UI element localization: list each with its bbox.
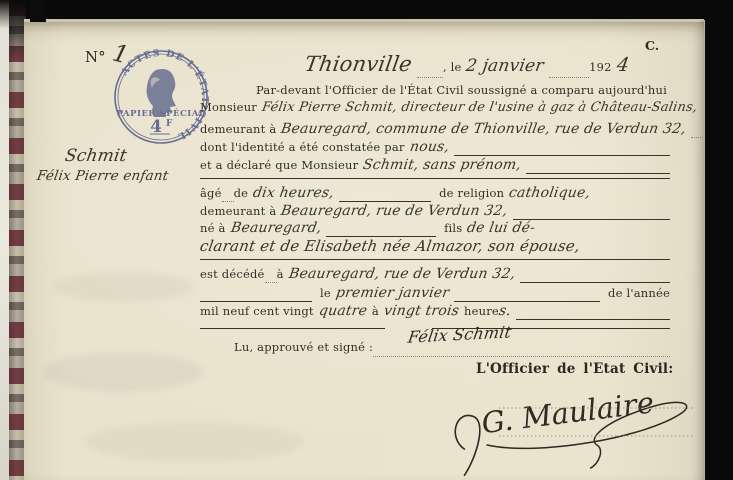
officer-signature-flourish xyxy=(453,414,485,476)
dotted-leader xyxy=(373,345,670,357)
bleedthrough-smudge xyxy=(44,352,204,392)
form-line-lu: Lu, approuvé et signé : xyxy=(234,340,670,357)
a2-label: à xyxy=(372,304,379,318)
form-line-residence2: demeurant à Beauregard, rue de Verdun 32… xyxy=(200,203,670,220)
stamp-denomination-sup: F xyxy=(166,119,173,129)
monsieur-label: Monsieur xyxy=(200,100,257,114)
section-rule-left xyxy=(200,328,385,329)
officer-signature: G. Maulaire xyxy=(444,374,709,479)
revenue-stamp: ACTES DE L'ÉTAT CIVIL PAPIER SPÉCIAL 4 F xyxy=(112,48,210,146)
ne-label: né à xyxy=(200,221,226,235)
form-line-death-year: mil neuf cent vingt quatre à vingt trois… xyxy=(200,303,670,320)
mil-label: mil neuf cent vingt xyxy=(200,304,314,318)
demeurant2-label: demeurant à xyxy=(200,204,276,218)
blank-rule xyxy=(339,190,431,202)
header-date-line: Thionville , le 2 janvier 192 4 xyxy=(200,52,664,78)
blank-rule xyxy=(200,290,312,302)
act-number-label: N° xyxy=(85,48,106,66)
deces-label: est décédé xyxy=(200,267,265,281)
residence-handwritten: Beauregard, commune de Thionville, rue d… xyxy=(280,121,687,137)
corner-mark: C. xyxy=(645,38,659,53)
page: C. N° 1 ACTES DE L'ÉTAT CIVIL PAPIER SPÉ… xyxy=(24,22,704,480)
blank-rule xyxy=(513,208,670,220)
de-label: de xyxy=(234,186,249,200)
form-line-declarant: Monsieur Félix Pierre Schmit, directeur … xyxy=(200,100,670,117)
margin-note-names: Félix Pierre enfant xyxy=(36,168,170,184)
blank-rule xyxy=(326,225,436,237)
religion-handwritten: catholique, xyxy=(508,185,592,201)
blank-rule xyxy=(526,162,670,174)
identite-handwritten: nous, xyxy=(408,139,450,155)
header-year-written: 4 xyxy=(615,54,631,76)
le-label: le xyxy=(320,286,331,300)
blank-rule xyxy=(520,271,670,283)
religion-label: de religion xyxy=(439,186,504,200)
form-line-identity: dont l'identité a été constatée par nous… xyxy=(200,139,670,156)
heures-label: heure xyxy=(464,304,499,318)
dotted-leader xyxy=(691,126,703,138)
form-line-filiation: clarant et de Elisabeth née Almazor, son… xyxy=(200,237,670,254)
section-rule xyxy=(200,178,670,179)
lu-label: Lu, approuvé et signé : xyxy=(234,340,373,354)
declarant-handwritten: Félix Pierre Schmit, directeur de l'usin… xyxy=(261,100,699,115)
annee-label: de l'année xyxy=(608,286,670,300)
heures-suffix-handwritten: s. xyxy=(498,303,513,319)
form-line-declaration: et a déclaré que Monsieur Schmit, sans p… xyxy=(200,157,670,174)
dotted-leader xyxy=(265,271,277,283)
bleedthrough-smudge xyxy=(54,272,194,302)
dotted-leader xyxy=(222,190,234,202)
dotted-leader xyxy=(417,66,443,78)
year-word-handwritten: quatre xyxy=(317,303,368,319)
hour-handwritten: vingt trois xyxy=(383,303,461,319)
dotted-leader xyxy=(549,66,589,78)
header-le-label: , le xyxy=(443,60,462,74)
fils-label: fils xyxy=(444,221,462,235)
form-line-age: âgé de dix heures, de religion catholiqu… xyxy=(200,185,670,202)
header-date-written: 2 janvier xyxy=(465,56,546,76)
deces-handwritten: Beauregard, rue de Verdun 32, xyxy=(287,266,516,282)
age-label: âgé xyxy=(200,186,222,200)
declare-label: et a déclaré que Monsieur xyxy=(200,158,358,172)
residence2-handwritten: Beauregard, rue de Verdun 32, xyxy=(280,203,509,219)
section-rule xyxy=(200,259,670,260)
header-place-written: Thionville xyxy=(303,52,414,76)
intro-text: Par-devant l'Officier de l'État Civil so… xyxy=(256,83,667,97)
officer-signature-text: G. Maulaire xyxy=(480,385,656,440)
identite-label: dont l'identité a été constatée par xyxy=(200,140,405,154)
birthplace-handwritten: Beauregard, xyxy=(229,220,322,236)
a-label: à xyxy=(277,267,284,281)
death-date-handwritten: premier janvier xyxy=(335,285,451,301)
bleedthrough-smudge xyxy=(84,422,304,462)
form-line-intro: Par-devant l'Officier de l'État Civil so… xyxy=(256,83,670,100)
form-line-birth: né à Beauregard, fils de lui dé- xyxy=(200,220,670,237)
scanned-register-page: C. N° 1 ACTES DE L'ÉTAT CIVIL PAPIER SPÉ… xyxy=(0,0,733,480)
scanner-edge-strip xyxy=(0,0,9,480)
declare-handwritten: Schmit, sans prénom, xyxy=(362,157,523,173)
form-line-residence: demeurant à Beauregard, commune de Thion… xyxy=(200,121,670,138)
blank-rule xyxy=(516,308,670,320)
blank-rule xyxy=(454,144,670,156)
form-line-death-place: est décédé à Beauregard, rue de Verdun 3… xyxy=(200,266,670,283)
filiation-handwritten: de lui dé- xyxy=(466,220,537,236)
margin-note-surname: Schmit xyxy=(63,146,128,166)
age-handwritten: dix heures, xyxy=(252,185,335,201)
filiation2-handwritten: clarant et de Elisabeth née Almazor, son… xyxy=(199,237,582,255)
header-year-printed: 192 xyxy=(589,60,612,74)
demeurant-label: demeurant à xyxy=(200,122,276,136)
blank-rule xyxy=(454,290,600,302)
form-line-death-date: le premier janvier de l'année xyxy=(200,285,670,302)
